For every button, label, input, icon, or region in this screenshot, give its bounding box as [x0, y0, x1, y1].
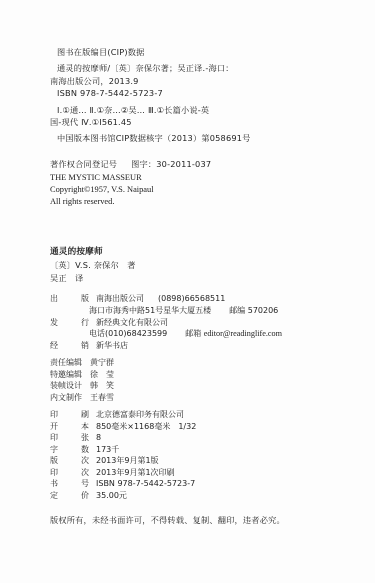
editor-row: 内文制作王春雪	[50, 393, 114, 403]
spec-key-2: 数	[81, 445, 89, 455]
editor-row: 特邀编辑徐 莹	[50, 370, 114, 380]
book-author: 〔英〕V.S. 奈保尔 著	[50, 260, 136, 270]
cip-line-2: 南海出版公司，2013.9	[50, 76, 139, 86]
contract-registration: 著作权合同登记号图字：30-2011-037	[50, 159, 211, 169]
cip-class-line-2: 国-现代 Ⅳ.①I561.45	[50, 117, 132, 127]
spec-value: 2013年9月第1版	[96, 456, 159, 466]
spec-value: ISBN 978-7-5442-5723-7	[96, 479, 195, 489]
contact-email: editor@readinglife.com	[204, 329, 282, 338]
publisher-key-2: 版	[81, 294, 89, 304]
spec-value: 173千	[96, 445, 119, 455]
spec-key-2: 次	[81, 456, 89, 466]
spec-key-2: 张	[81, 433, 89, 443]
spec-key-1: 印	[50, 433, 58, 443]
editor-label: 内文制作	[50, 393, 90, 403]
email-label: 邮箱	[185, 329, 201, 338]
book-translator: 吴正 译	[50, 273, 84, 283]
spec-key-1: 定	[50, 491, 58, 501]
cip-line-1: 通灵的按摩师/〔英〕奈保尔著；吴正译.-海口：	[57, 63, 234, 73]
distributor-key-2: 行	[81, 318, 89, 328]
editor-row: 装帧设计韩 笑	[50, 381, 114, 391]
spec-row: 定价35.00元	[50, 491, 127, 501]
distributor-name: 新经典文化有限公司	[96, 318, 168, 328]
editor-value: 韩 笑	[90, 381, 114, 391]
distributor-row: 发行 新经典文化有限公司	[50, 318, 168, 328]
distributor-contact: 电话(010)68423599邮箱 editor@readinglife.com	[89, 329, 282, 339]
seller-key-2: 销	[81, 341, 89, 351]
editor-value: 王春雪	[90, 393, 114, 403]
spec-row: 书号ISBN 978-7-5442-5723-7	[50, 479, 195, 489]
spec-value: 8	[96, 433, 101, 443]
editor-row: 责任编辑黄宁群	[50, 358, 114, 368]
spec-key-2: 号	[81, 479, 89, 489]
cip-heading: 图书在版编目(CIP)数据	[57, 47, 145, 57]
editor-label: 特邀编辑	[50, 370, 90, 380]
publisher-phone: (0898)66568511	[158, 294, 225, 304]
spec-row: 印次2013年9月第1次印刷	[50, 468, 175, 478]
book-title: 通灵的按摩师	[50, 247, 103, 257]
editor-label: 责任编辑	[50, 358, 90, 368]
publisher-name: 南海出版公司	[96, 294, 144, 304]
rights-reserved: All rights reserved.	[50, 197, 114, 207]
postcode: 570206	[248, 306, 279, 315]
spec-key-2: 本	[81, 422, 89, 432]
rights-notice: 版权所有，未经书面许可，不得转载、复制、翻印，违者必究。	[50, 515, 285, 525]
spec-value: 北京德富泰印务有限公司	[96, 410, 184, 420]
address-text: 海口市海秀中路51号星华大厦五楼	[89, 306, 211, 315]
cip-library-number: 中国版本图书馆CIP数据核字（2013）第058691号	[57, 133, 251, 143]
spec-row: 开本850毫米×1168毫米 1/32	[50, 422, 196, 432]
spec-row: 版次2013年9月第1版	[50, 456, 159, 466]
spec-value: 35.00元	[96, 491, 127, 501]
spec-key-2: 次	[81, 468, 89, 478]
spec-value: 850毫米×1168毫米 1/32	[96, 422, 196, 432]
publisher-address: 海口市海秀中路51号星华大厦五楼邮编 570206	[89, 306, 278, 316]
spec-key-1: 印	[50, 468, 58, 478]
publisher-row: 出版 南海出版公司(0898)66568511	[50, 294, 225, 304]
distributor-key-1: 发	[50, 318, 58, 328]
spec-value: 2013年9月第1次印刷	[96, 468, 175, 478]
editor-label: 装帧设计	[50, 381, 90, 391]
editor-value: 徐 莹	[90, 370, 114, 380]
spec-key-1: 书	[50, 479, 58, 489]
spec-row: 字数173千	[50, 445, 119, 455]
postcode-label: 邮编	[229, 306, 245, 315]
seller-key-1: 经	[50, 341, 58, 351]
seller-row: 经销 新华书店	[50, 341, 128, 351]
contract-value: 图字：30-2011-037	[131, 159, 211, 169]
spec-key-2: 刷	[81, 410, 89, 420]
spec-key-1: 印	[50, 410, 58, 420]
spec-key-1: 版	[50, 456, 58, 466]
cip-isbn: ISBN 978-7-5442-5723-7	[57, 88, 163, 98]
spec-key-1: 开	[50, 422, 58, 432]
contract-label: 著作权合同登记号	[50, 159, 117, 169]
spec-row: 印刷北京德富泰印务有限公司	[50, 410, 184, 420]
spec-key-1: 字	[50, 445, 58, 455]
editor-value: 黄宁群	[90, 358, 114, 368]
cip-class-line-1: Ⅰ.①通… Ⅱ.①奈…②吴… Ⅲ.①长篇小说-英	[57, 105, 209, 115]
spec-key-2: 价	[81, 491, 89, 501]
spec-row: 印张8	[50, 433, 101, 443]
seller-name: 新华书店	[96, 341, 128, 351]
original-title: THE MYSTIC MASSEUR	[50, 173, 142, 183]
copyright-line: Copyright©1957, V.S. Naipaul	[50, 185, 154, 195]
contact-phone: 电话(010)68423599	[89, 329, 167, 338]
publisher-key-1: 出	[50, 294, 58, 304]
